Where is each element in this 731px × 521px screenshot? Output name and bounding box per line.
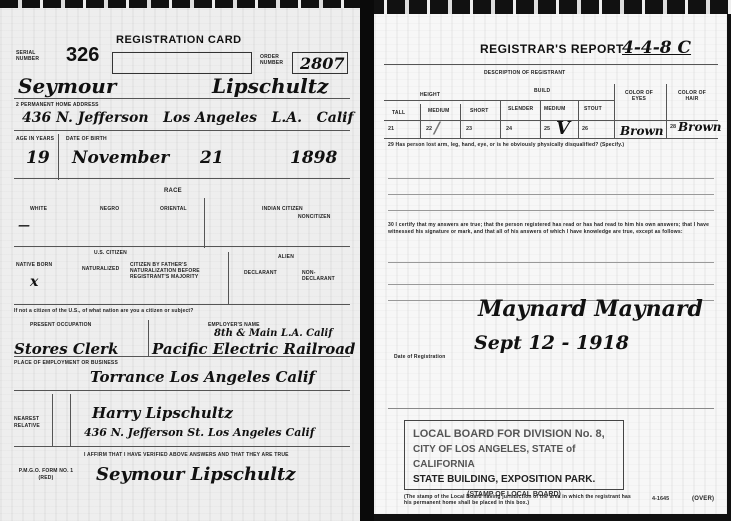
race-col-noncitizen: Noncitizen	[298, 214, 331, 220]
citizen-col-native: Native Born	[16, 262, 52, 268]
race-rule	[14, 246, 350, 247]
q30-label: 30 I certify that my answers are true; t…	[388, 222, 718, 236]
field-24: 24	[506, 126, 512, 132]
stamp-top-rule	[388, 408, 714, 409]
col-div-3	[500, 100, 501, 138]
name-rule	[14, 98, 350, 99]
permanent-address-value: 436 N. Jefferson Los Angeles L.A. Calif	[22, 110, 354, 126]
field-23: 23	[466, 126, 472, 132]
race-col-negro: Negro	[100, 206, 119, 212]
relative-rule	[14, 446, 350, 447]
q29-line-3	[388, 210, 714, 211]
height-col-tall: Tall	[392, 110, 405, 116]
build-col-medium: Medium	[544, 106, 565, 112]
age-divider	[58, 134, 59, 180]
present-occupation-label: PRESENT OCCUPATION	[30, 322, 91, 328]
field-28: 28	[670, 124, 676, 130]
stamp-line-3: STATE BUILDING, EXPOSITION PARK.	[413, 472, 615, 487]
stamp-line-2: CITY OF LOS ANGELES, STATE of CALIFORNIA	[413, 442, 615, 472]
age-value: 19	[26, 148, 50, 168]
build-col-slender: Slender	[508, 106, 533, 112]
build-col-stout: Stout	[584, 106, 602, 112]
occupation-divider	[148, 320, 149, 356]
nearest-relative-name: Harry Lipschultz	[92, 404, 233, 422]
registrars-report-page: REGISTRAR'S REPORT 4-4-8 C DESCRIPTION O…	[374, 14, 727, 514]
order-number-value: 2807	[300, 54, 345, 73]
stamp-line-1: LOCAL BOARD FOR DIVISION No. 8,	[413, 427, 615, 442]
over-label: (OVER)	[692, 496, 714, 502]
q29-line-2	[388, 194, 714, 195]
employment-rule	[14, 390, 350, 391]
height-build-rule	[384, 100, 614, 101]
race-divider	[204, 198, 205, 248]
place-of-employment-label: PLACE OF EMPLOYMENT OR BUSINESS	[14, 360, 118, 366]
eye-color-value: Brown	[620, 124, 664, 138]
race-label: RACE	[164, 188, 182, 194]
address-rule	[14, 130, 350, 131]
serial-number-value: 326	[66, 44, 99, 67]
order-number-label: ORDER NUMBER	[260, 54, 286, 66]
field-22: 22	[426, 126, 432, 132]
birth-month: November	[72, 148, 169, 168]
height-col-medium: Medium	[428, 108, 449, 114]
q29-label: 29 Has person lost arm, leg, hand, eye, …	[388, 142, 718, 148]
field-21: 21	[388, 126, 394, 132]
field-26: 26	[582, 126, 588, 132]
col-div-6	[614, 84, 615, 138]
registrant-signature: Seymour Lipschultz	[96, 464, 296, 485]
relative-divider-1	[52, 394, 53, 446]
q30-line-1	[388, 262, 714, 263]
alien-label: ALIEN	[278, 254, 294, 260]
board-code: 4-4-8 C	[622, 38, 691, 58]
registration-card-page: REGISTRATION CARD SERIAL NUMBER 326 ORDE…	[0, 8, 360, 521]
alien-col-nondeclarant: Non-declarant	[302, 270, 336, 282]
us-citizen-label: U.S. CITIZEN	[94, 250, 127, 256]
occupation-rule	[14, 356, 350, 357]
affirm-label: I AFFIRM THAT I HAVE VERIFIED ABOVE ANSW…	[84, 452, 314, 458]
nearest-relative-label: NEAREST RELATIVE	[14, 416, 48, 430]
date-of-registration-value: Sept 12 - 1918	[474, 332, 629, 354]
relative-divider-2	[70, 394, 71, 446]
serial-number-box	[112, 52, 252, 74]
height-mark: /	[434, 118, 440, 137]
col-div-5	[578, 100, 579, 138]
date-of-registration-label: Date of Registration	[394, 354, 446, 360]
build-mark: V	[556, 118, 570, 139]
desc-body-rule	[384, 138, 718, 139]
field-25: 25	[544, 126, 550, 132]
col-div-4	[540, 100, 541, 138]
native-born-mark: x	[30, 274, 38, 290]
citizen-col-fathers: Citizen by Father's Naturalization Befor…	[130, 262, 222, 280]
col-div-7	[666, 84, 667, 138]
hair-color-value: Brown	[678, 120, 722, 134]
race-col-white: White	[30, 206, 47, 212]
card-title: REGISTRATION CARD	[116, 34, 242, 46]
permanent-address-label: 2 PERMANENT HOME ADDRESS	[16, 102, 99, 108]
scan-gutter	[360, 0, 374, 521]
race-mark: —	[18, 218, 30, 232]
alien-col-declarant: Declarant	[244, 270, 277, 276]
citizen-of-label: If not a citizen of the U.S., of what na…	[14, 308, 214, 314]
citizen-divider	[228, 252, 229, 304]
height-label: HEIGHT	[420, 92, 440, 98]
report-title-rule	[384, 64, 718, 65]
employer-note: 8th & Main L.A. Calif	[214, 328, 333, 339]
serial-number-label: SERIAL NUMBER	[16, 50, 40, 62]
race-col-indian-citizen: Indian Citizen	[262, 206, 303, 212]
age-label: Age in Years	[16, 136, 54, 142]
height-col-short: Short	[470, 108, 489, 114]
report-title: REGISTRAR'S REPORT	[480, 42, 624, 56]
report-form-code: 4-1645	[652, 496, 669, 502]
birth-year: 1898	[290, 148, 337, 168]
registrant-last-name: Lipschultz	[212, 74, 328, 98]
registrar-signature: Maynard Maynard	[478, 296, 703, 322]
q30-line-2	[388, 284, 714, 285]
registrant-first-name: Seymour	[18, 74, 116, 98]
q29-line-1	[388, 178, 714, 179]
dob-label: Date of Birth	[66, 136, 107, 142]
hair-color-label: COLOR OF HAIR	[674, 90, 710, 102]
race-col-oriental: Oriental	[160, 206, 187, 212]
nearest-relative-address: 436 N. Jefferson St. Los Angeles Calif	[84, 426, 314, 439]
build-label: BUILD	[534, 88, 550, 94]
local-board-stamp: LOCAL BOARD FOR DIVISION No. 8, CITY OF …	[404, 420, 624, 490]
col-div-1	[420, 104, 421, 138]
form-code-label: P.M.G.O. Form No. 1 (Red)	[14, 468, 78, 482]
citizen-rule	[14, 304, 350, 305]
stamp-note: (The stamp of the Local Board having jur…	[404, 494, 634, 506]
description-label: DESCRIPTION OF REGISTRANT	[484, 70, 565, 76]
col-div-2	[460, 104, 461, 138]
dob-rule	[14, 178, 350, 179]
place-of-employment-value: Torrance Los Angeles Calif	[90, 368, 315, 386]
eye-color-label: COLOR OF EYES	[624, 90, 654, 102]
citizen-col-naturalized: Naturalized	[82, 266, 119, 272]
birth-day: 21	[200, 148, 224, 168]
